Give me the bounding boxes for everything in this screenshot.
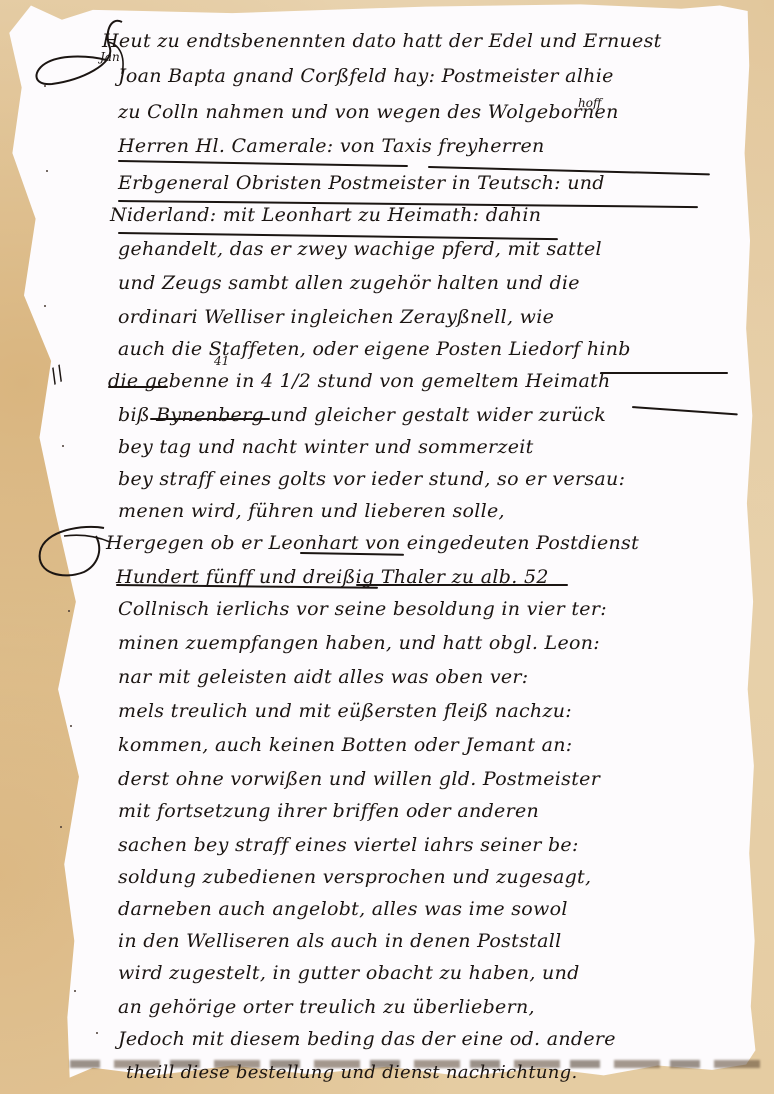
manuscript-line: minen zuempfangen haben, und hatt obgl. …: [118, 632, 600, 654]
margin-dot: [70, 725, 72, 727]
margin-dot: [60, 826, 62, 828]
manuscript-line: in den Welliseren als auch in denen Post…: [118, 930, 562, 952]
manuscript-line: die gebenne in 4 1/2 stund von gemeltem …: [108, 370, 611, 392]
margin-dot: [44, 85, 46, 87]
margin-dot: [46, 170, 48, 172]
margin-dot: [96, 1032, 98, 1034]
manuscript-line: wird zugestelt, in gutter obacht zu habe…: [118, 962, 580, 984]
manuscript-line: soldung zubedienen versprochen und zuges…: [118, 866, 591, 888]
manuscript-line: Joan Bapta gnand Corßfeld hay: Postmeist…: [118, 65, 614, 87]
manuscript-line: nar mit geleisten aidt alles was oben ve…: [118, 666, 529, 688]
manuscript-line: sachen bey straff eines viertel iahrs se…: [118, 834, 579, 856]
manuscript-line: Jedoch mit diesem beding das der eine od…: [118, 1028, 616, 1050]
manuscript-line: mit fortsetzung ihrer briffen oder ander…: [118, 800, 539, 822]
manuscript-line: gehandelt, das er zwey wachige pferd, mi…: [118, 238, 602, 260]
manuscript-line: Collnisch ierlichs vor seine besoldung i…: [118, 598, 607, 620]
initial-h2-flourish-icon: [24, 522, 114, 592]
underline-stroke: [356, 584, 568, 586]
manuscript-line: ordinari Welliser ingleichen Zerayßnell,…: [118, 306, 554, 328]
manuscript-line: kommen, auch keinen Botten oder Jemant a…: [118, 734, 572, 756]
margin-dot: [68, 610, 70, 612]
manuscript-line: und Zeugs sambt allen zugehör halten und…: [118, 272, 580, 294]
manuscript-line: Herren Hl. Camerale: von Taxis freyherre…: [118, 135, 545, 157]
manuscript-line: menen wird, führen und lieberen solle,: [118, 500, 505, 522]
superscript-jan: Jan: [100, 50, 120, 64]
manuscript-line: theill diese bestellung und dienst nachr…: [126, 1062, 578, 1083]
manuscript-line: an gehörige orter treulich zu überlieber…: [118, 996, 535, 1018]
manuscript-line: Niderland: mit Leonhart zu Heimath: dahi…: [110, 204, 541, 226]
underline-stroke: [108, 386, 168, 388]
manuscript-line: biß Bynenberg und gleicher gestalt wider…: [118, 404, 606, 426]
manuscript-line: auch die Staffeten, oder eigene Posten L…: [118, 338, 631, 360]
underline-stroke: [600, 372, 728, 374]
manuscript-line: Erbgeneral Obristen Postmeister in Teuts…: [118, 172, 605, 194]
manuscript-line: darneben auch angelobt, alles was ime so…: [118, 898, 568, 920]
manuscript-line: zu Colln nahmen und von wegen des Wolgeb…: [118, 101, 619, 123]
manuscript-line: Hergegen ob er Leonhart von eingedeuten …: [106, 532, 639, 554]
manuscript-line: bey tag und nacht winter und sommerzeit: [118, 436, 534, 458]
manuscript-line: mels treulich und mit eüßersten fleiß na…: [118, 700, 572, 722]
manuscript-line: Heut zu endtsbenennten dato hatt der Ede…: [102, 30, 762, 52]
margin-dot: [74, 990, 76, 992]
manuscript-line: bey straff eines golts vor ieder stund, …: [118, 468, 625, 490]
underline-stroke: [150, 418, 270, 420]
manuscript-line: derst ohne vorwißen und willen gld. Post…: [118, 768, 600, 790]
margin-dot: [44, 305, 46, 307]
margin-dot: [62, 445, 64, 447]
